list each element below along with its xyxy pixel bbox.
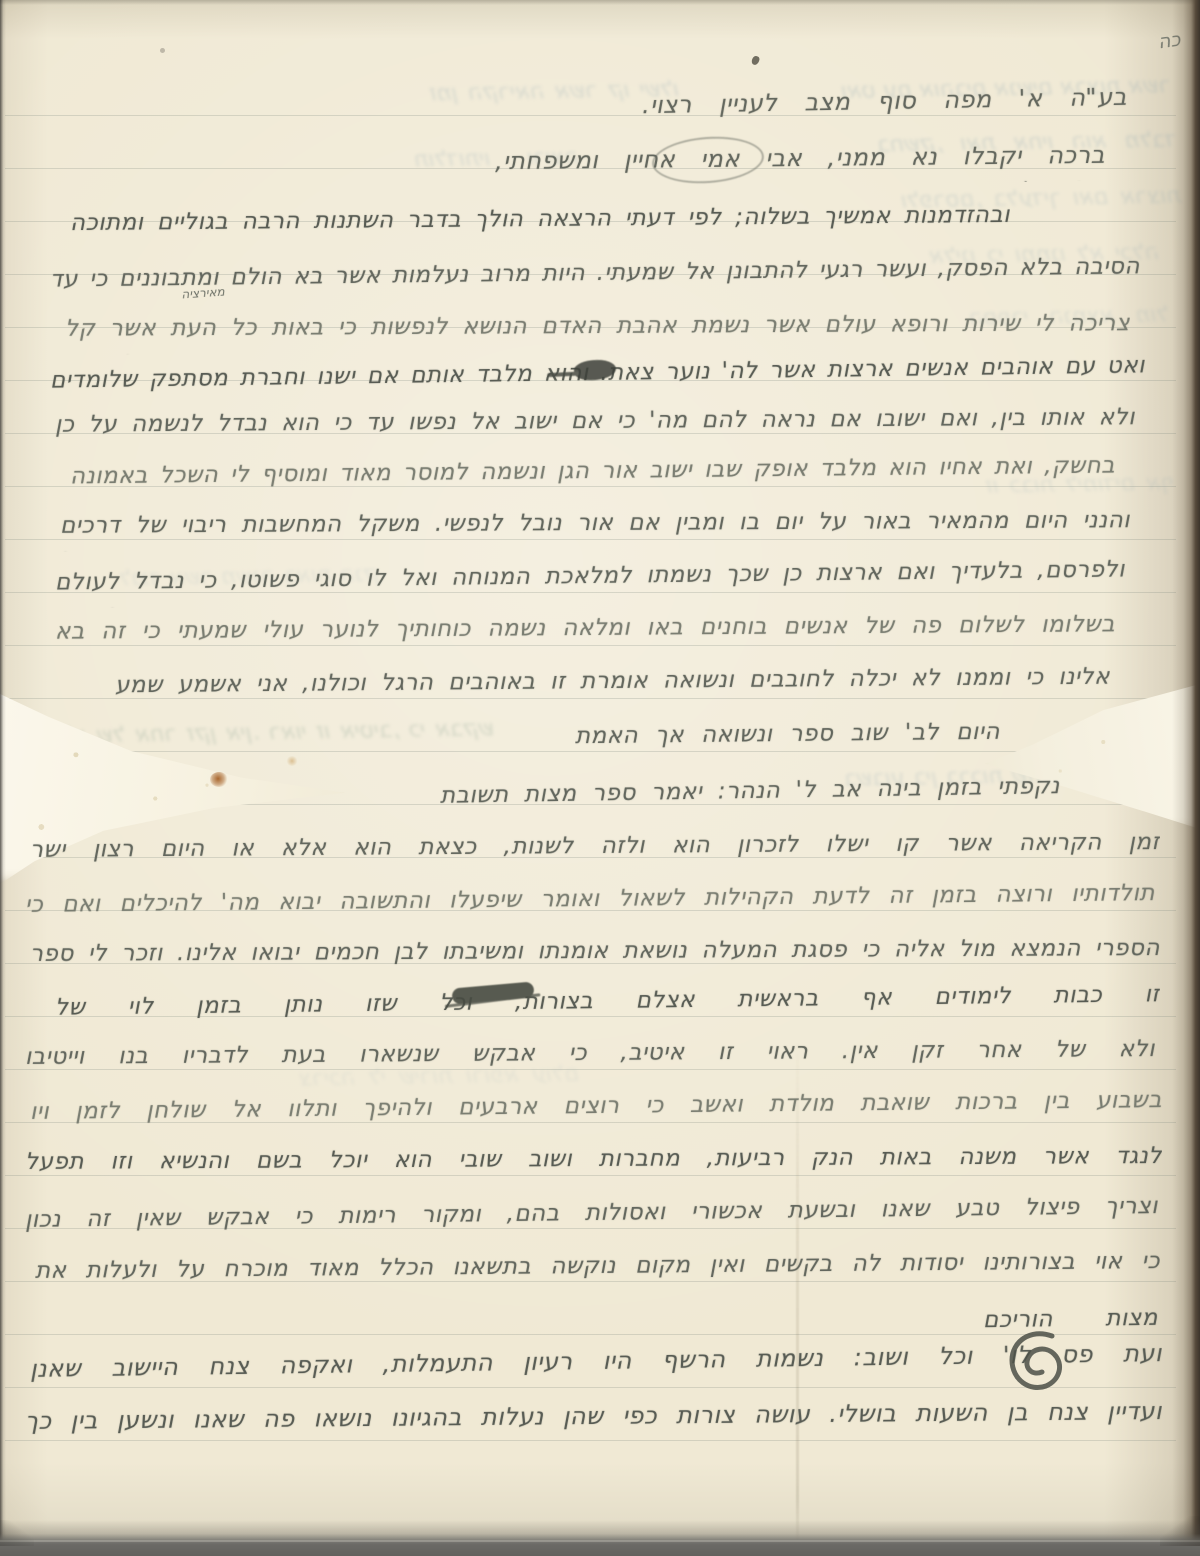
scan-edge-top <box>0 0 1200 5</box>
handwritten-line: והנני היום מהמאיר באור על יום בו ומבין א… <box>60 502 1130 552</box>
handwritten-line: ולא של אחר זקן אין. ראוי זו איטיב, כי אב… <box>25 1031 1155 1083</box>
handwritten-line: בשלומו לשלום פה של אנשים בוחנים באו ומלא… <box>55 606 1115 657</box>
handwritten-line: היום לב' שוב ספר ונשואה אך האמת <box>575 714 1000 762</box>
scan-corner-shadow <box>0 1520 34 1546</box>
scan-edge-bottom <box>0 1520 1200 1556</box>
handwritten-line: ולא אותו בין, ואם ישובו אם נראה להם מה' … <box>55 399 1135 451</box>
rust-stain <box>210 772 228 787</box>
paper-speck <box>160 48 165 53</box>
handwritten-line: הספרי הנמצא מול אליה כי פסגת המעלה נושאת… <box>30 930 1160 980</box>
spiral-doodle <box>1000 1322 1082 1404</box>
handwritten-line: אלינו כי וממנו לא יכלה לחובבים ונשואה או… <box>115 659 1110 712</box>
rust-stain <box>286 756 298 766</box>
scan-edge-right <box>1172 0 1200 1556</box>
handwritten-line: בע"ה א' מפה סוף מצב לעניין רצוי. <box>642 79 1128 131</box>
scan-corner-shadow <box>1160 1516 1200 1546</box>
handwritten-line: צריכה לי שירות ורופא עולם אשר נשמת אהבת … <box>65 305 1130 355</box>
handwritten-line: לנגד אשר משנה באות הנק רביעות, מחברות וש… <box>25 1138 1162 1188</box>
scan-edge-left <box>0 0 6 1556</box>
handwritten-line: ברכה יקבלו נא ממני, אבי אמי אחיין ומשפחת… <box>495 137 1105 187</box>
scanned-letter-page: ואט עם אוהבים אנשים ארצות אשר לה' נוער צ… <box>0 0 1200 1556</box>
handwritten-line: זמן הקריאה אשר קו ישלו לזכרון הוא ולזה ל… <box>30 824 1160 876</box>
handwritten-line: ובהזדמנות אמשיך בשלוה; לפי דעתי הרצאה הו… <box>70 197 1010 249</box>
